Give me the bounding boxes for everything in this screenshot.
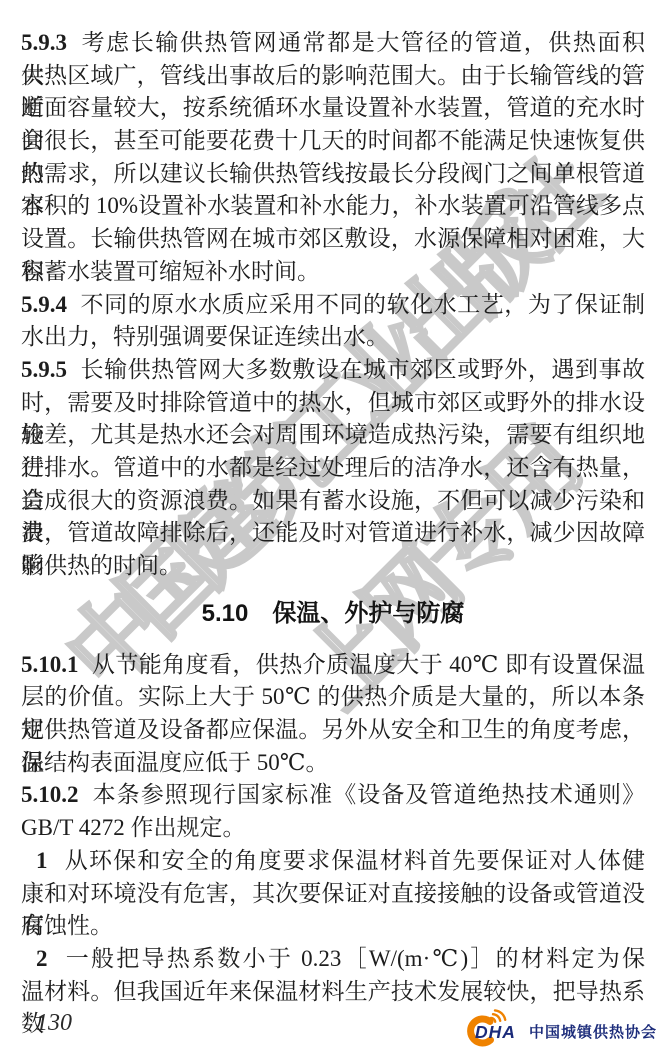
clause-line: 5.9.4不同的原水水质应采用不同的软化水工艺，为了保证制 [21, 289, 645, 322]
body-line: 会很长，甚至可能要花费十几天的时间都不能满足快速恢复供热 [21, 125, 645, 158]
association-logo: DHA 中国城镇供热协会 [464, 1008, 657, 1048]
body-line: 腐蚀性。 [21, 910, 645, 943]
body-text: 响供热的时间。 [21, 553, 182, 578]
body-line: 行排水。管道中的水都是经过处理后的洁净水，还含有热量，会 [21, 452, 645, 485]
body-line: 温结构表面温度应低于 50℃。 [21, 747, 645, 780]
clause-number: 5.9.5 [21, 357, 67, 382]
clause-number: 5.10.2 [21, 782, 79, 807]
item-number: 2 [36, 946, 48, 971]
body-text: GB/T 4272 作出规定。 [21, 815, 245, 840]
body-line: 较差，尤其是热水还会对周围环境造成热污染，需要有组织地进 [21, 419, 645, 452]
clause-line: 5.9.5长输供热管网大多数敷设在城市郊区或野外，遇到事故 [21, 354, 645, 387]
body-line: 的需求，所以建议长输供热管线按最长分段阀门之间单根管道水 [21, 158, 645, 191]
body-line: 积蓄水装置可缩短补水时间。 [21, 256, 645, 289]
page-number: 130 [36, 1010, 72, 1037]
body-line: 响供热的时间。 [21, 550, 645, 583]
body-line: 层的价值。实际上大于 50℃ 的供热介质是大量的，所以本条规 [21, 681, 645, 714]
clause-text: 不同的原水水质应采用不同的软化水工艺，为了保证制 [80, 292, 645, 317]
body-line: 断面容量较大，按系统循环水量设置补水装置，管道的充水时间 [21, 92, 645, 125]
item-number: 1 [36, 848, 48, 873]
body-text: 水出力，特别强调要保证连续出水。 [21, 324, 389, 349]
body-line: 时，需要及时排除管道中的热水，但城市郊区或野外的排水设施 [21, 387, 645, 420]
body-line: 康和对环境没有危害，其次要保证对直接接触的设备或管道没有 [21, 878, 645, 911]
clause-line: 5.10.1从节能角度看，供热介质温度大于 40℃ 即有设置保温 [21, 649, 645, 682]
clause-line: 5.9.3考虑长输供热管网通常都是大管径的管道，供热面积大、 [21, 27, 645, 60]
body-line: GB/T 4272 作出规定。 [21, 812, 645, 845]
body-line: 费，管道故障排除后，还能及时对管道进行补水，减少因故障影 [21, 517, 645, 550]
logo-acronym: DHA [475, 1022, 516, 1042]
clause-text: 从节能角度看，供热介质温度大于 40℃ 即有设置保温 [92, 652, 646, 677]
association-name: 中国城镇供热协会 [529, 1021, 657, 1042]
list-item-line: 2一般把导热系数小于 0.23［W/(m·℃)］的材料定为保 [21, 943, 645, 976]
clause-number: 5.9.4 [21, 292, 67, 317]
section-title: 保温、外护与防腐 [272, 600, 464, 627]
section-number: 5.10 [202, 600, 249, 627]
body-line: 造成很大的资源浪费。如果有蓄水设施，不但可以减少污染和浪 [21, 485, 645, 518]
dha-logo-icon: DHA [464, 1008, 524, 1048]
clause-text: 长输供热管网大多数敷设在城市郊区或野外，遇到事故 [80, 357, 645, 382]
item-text: 从环保和安全的角度要求保温材料首先要保证对人体健 [64, 848, 646, 873]
body-line: 定供热管道及设备都应保温。另外从安全和卫生的角度考虑，保 [21, 714, 645, 747]
clause-line: 5.10.2本条参照现行国家标准《设备及管道绝热技术通则》 [21, 779, 645, 812]
clause-number: 5.10.1 [21, 652, 79, 677]
item-text: 一般把导热系数小于 0.23［W/(m·℃)］的材料定为保 [64, 946, 646, 971]
body-text: 容积的 10%设置补水装置和补水能力，补水装置可沿管线多点 [21, 193, 645, 218]
body-line: 温材料。但我国近年来保温材料生产技术发展较快，把导热系数 [21, 976, 645, 1009]
body-text: 腐蚀性。 [21, 913, 113, 938]
body-line: 容积的 10%设置补水装置和补水能力，补水装置可沿管线多点 [21, 190, 645, 223]
clause-number: 5.9.3 [21, 30, 67, 55]
clause-text: 本条参照现行国家标准《设备及管道绝热技术通则》 [92, 782, 646, 807]
body-text: 积蓄水装置可缩短补水时间。 [21, 259, 320, 284]
body-text: 温结构表面温度应低于 50℃。 [21, 750, 328, 775]
body-line: 水出力，特别强调要保证连续出水。 [21, 321, 645, 354]
list-item-line: 1从环保和安全的角度要求保温材料首先要保证对人体健 [21, 845, 645, 878]
section-heading: 5.10保温、外护与防腐 [21, 597, 645, 631]
body-line: 设置。长输供热管网在城市郊区敷设，水源保障相对困难，大容 [21, 223, 645, 256]
page-body: 5.9.3考虑长输供热管网通常都是大管径的管道，供热面积大、 供热区域广，管线出… [21, 27, 645, 1008]
body-line: 供热区域广，管线出事故后的影响范围大。由于长输管线的管道 [21, 60, 645, 93]
